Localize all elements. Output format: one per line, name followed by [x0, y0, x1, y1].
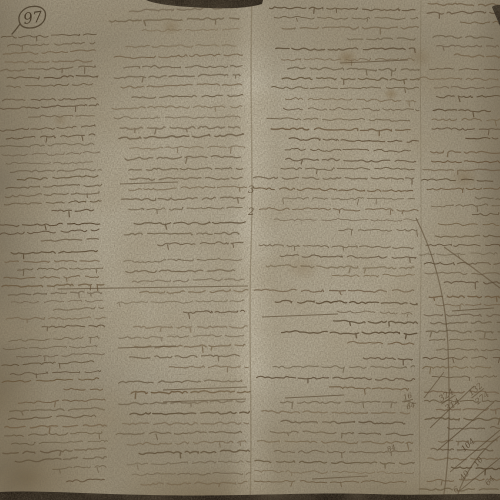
manuscript-scan: 1322743243141664841044010646 32 97 — [0, 0, 500, 500]
paper-background — [0, 0, 500, 500]
